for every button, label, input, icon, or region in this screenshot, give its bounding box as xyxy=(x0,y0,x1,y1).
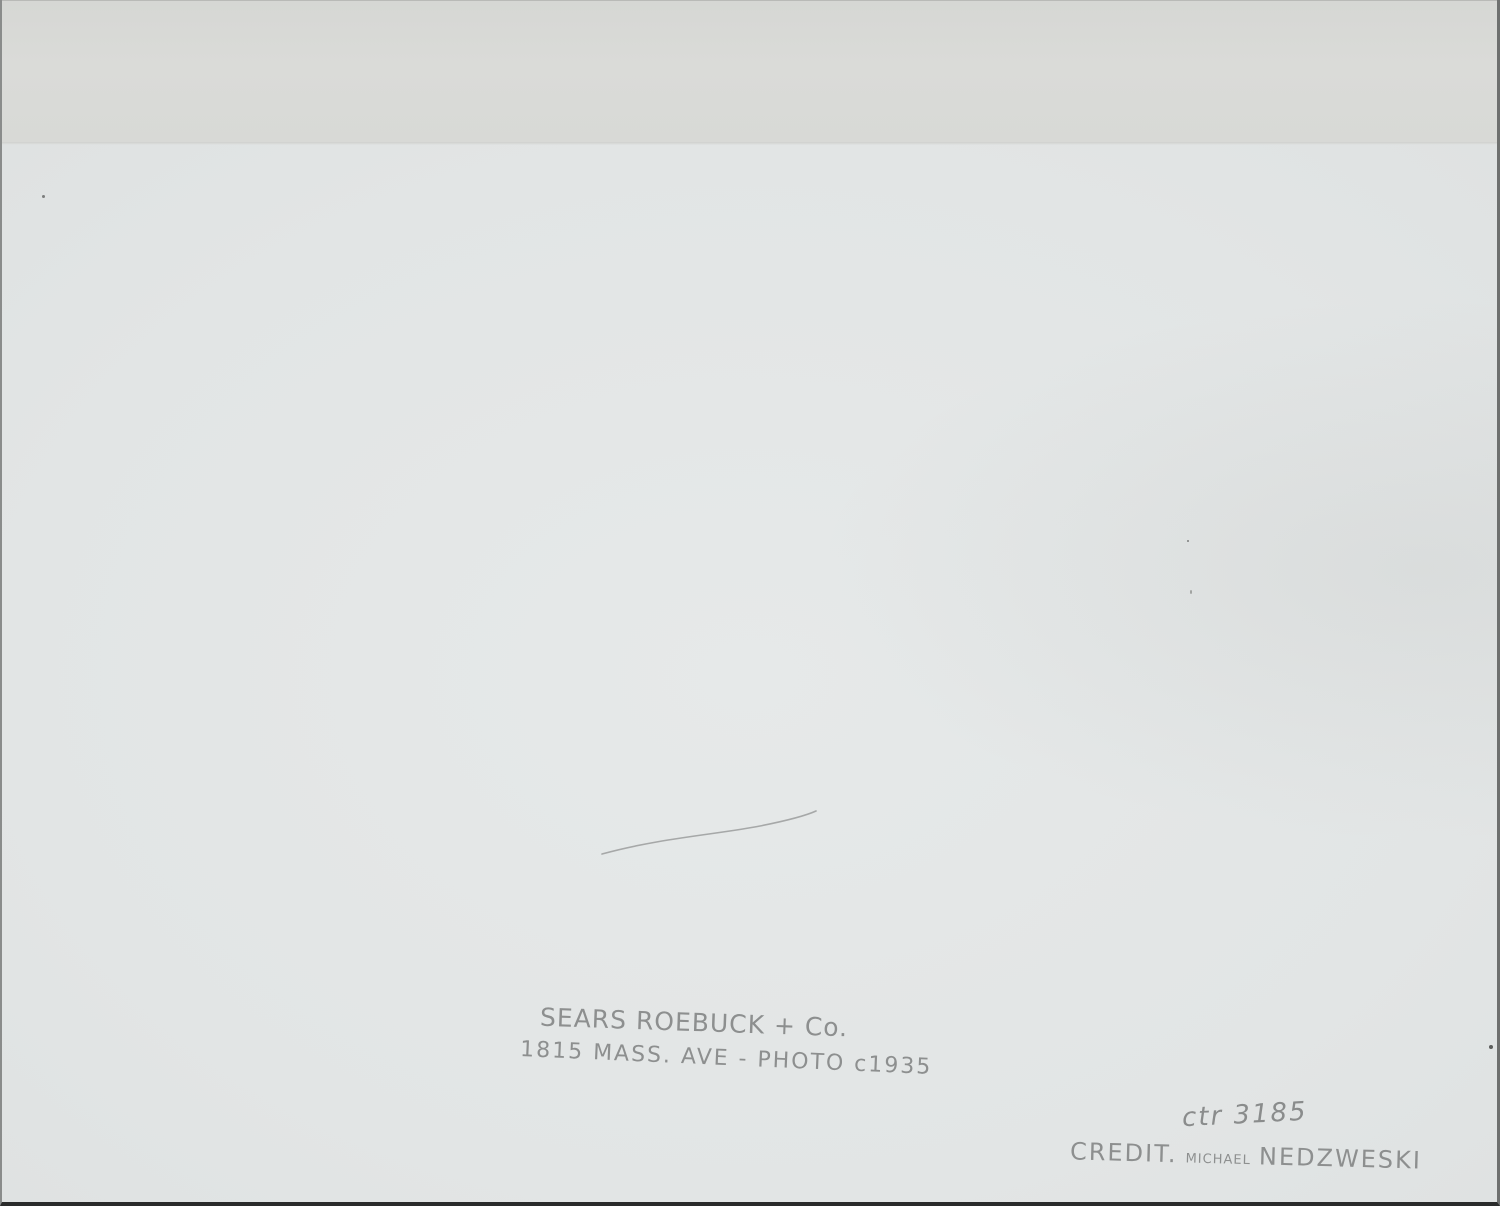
photo-back-sheet: SEARS ROEBUCK + Co. 1815 MASS. AVE - PHO… xyxy=(0,0,1500,1206)
pencil-scratch-mark xyxy=(600,808,820,858)
top-mount-band xyxy=(2,0,1497,144)
dust-speck xyxy=(42,195,45,198)
credit-first-name: MICHAEL xyxy=(1185,1151,1251,1168)
dust-speck xyxy=(1187,540,1189,542)
credit-last-name: NEDZWESKI xyxy=(1259,1142,1423,1174)
dust-speck xyxy=(1489,1045,1493,1049)
credit-prefix: CREDIT. xyxy=(1070,1137,1178,1168)
dust-speck xyxy=(1190,590,1192,594)
